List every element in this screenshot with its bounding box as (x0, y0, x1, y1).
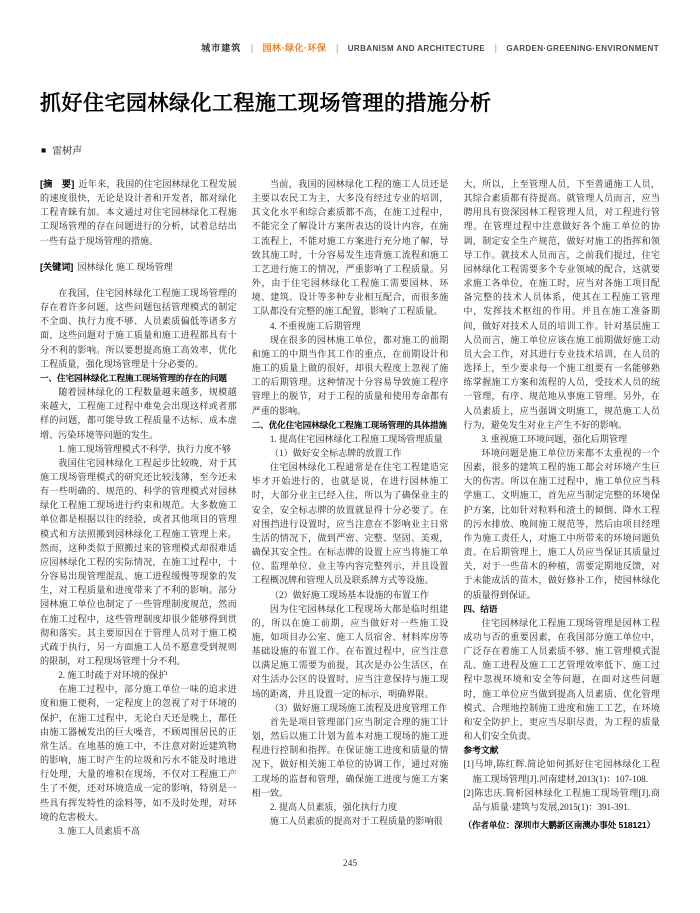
reference-item: [2]陈忠庆.简析园林绿化工程施工现场管理[J].商品与质量·建筑与发展,201… (463, 786, 660, 814)
column-1: [摘 要]近年来，我国的住宅园林绿化工程发展的速度很快，无论是设计者和开发者，都… (40, 177, 237, 857)
section-heading: 四、结语 (463, 602, 660, 616)
column-3: 大，所以，上至管理人员，下至普通施工人员，其综合素质都有待提高。就管理人员而言，… (463, 177, 660, 857)
page-footer: 245 (0, 859, 700, 869)
spacer (40, 248, 237, 260)
labeled-paragraph: [关键词]园林绿化 施工 现场管理 (40, 260, 237, 274)
paragraph: 因为住宅园林绿化工程现场大都是临时组建的，所以在施工前期，应当做好对一些施工设施… (252, 602, 449, 701)
paragraph: 住宅园林绿化工程通常是在住宅工程建造完毕才开始进行的，也就是说，在进行园林施工时… (252, 460, 449, 587)
references-heading: 参考文献 (463, 743, 660, 757)
journal-section-cn: 园林·绿化·环保 (263, 43, 327, 53)
sub-heading: 2. 提高人员素质，强化执行力度 (252, 800, 449, 814)
paragraph: 住宅园林绿化工程施工现场管理是园林工程成功与否的重要因素，在我国部分施工单位中，… (463, 616, 660, 743)
paragraph: 首先是项目管理部门应当制定合理的施工计划，然后以施工计划为蓝本对施工现场的施工进… (252, 715, 449, 800)
masthead-separator: | (495, 43, 497, 53)
paragraph: 随着园林绿化的工程数量越来越多，规模越来越大，工程施工过程中难免会出现这样或者那… (40, 385, 237, 442)
sub-heading: （1）做好安全标志牌的放置工作 (252, 446, 449, 460)
sub-heading: 3. 施工人员素质不高 (40, 824, 237, 838)
paragraph: 环境问题是施工单位历来都不太重视的一个因素，很多的建筑工程的施工都会对环境产生巨… (463, 446, 660, 602)
field-text: 园林绿化 施工 现场管理 (77, 262, 173, 272)
sub-heading: （3）做好施工现场施工流程及进度管理工作 (252, 701, 449, 715)
sub-heading: 3. 重视施工环境问题，强化后期管理 (463, 432, 660, 446)
paragraph: 在施工过程中，部分施工单位一味的追求进度和施工便利，一定程度上的忽视了对于环境的… (40, 682, 237, 824)
journal-page: 城市建筑 | 园林·绿化·环保 | URBANISM AND ARCHITECT… (0, 0, 700, 913)
sub-heading: 1. 施工现场管理模式不科学，执行力度不够 (40, 442, 237, 456)
article-body: [摘 要]近年来，我国的住宅园林绿化工程发展的速度很快，无论是设计者和开发者，都… (40, 177, 660, 857)
masthead-separator: | (336, 43, 338, 53)
section-heading: 一、住宅园林绿化工程施工现场管理的存在的问题 (40, 371, 237, 385)
paragraph: 我国住宅园林绿化工程起步比较晚，对于其施工现场管理模式的研究还比较浅薄，至今还未… (40, 456, 237, 668)
sub-heading: （2）做好施工现场基本设施的布置工作 (252, 588, 449, 602)
paragraph: 在我国，住宅园林绿化工程施工现场管理的存在着许多问题，这些问题包括管理模式的制定… (40, 286, 237, 371)
paragraph: 当前，我国的园林绿化工程的施工人员还是主要以农民工为主，大多没有经过专业的培训，… (252, 177, 449, 319)
article-title: 抓好住宅园林绿化工程施工现场管理的措施分析 (40, 88, 660, 120)
author-name: 雷树声 (52, 146, 82, 157)
journal-name-en: URBANISM AND ARCHITECTURE (348, 44, 485, 53)
reference-item: [1]马坤,陈红辉.简论如何抓好住宅园林绿化工程施工现场管理[J].河南建材,2… (463, 757, 660, 785)
author-marker-icon: ■ (41, 145, 46, 155)
journal-section-en: GARDEN·GREENING·ENVIRONMENT (506, 44, 659, 53)
continued-paragraph: 大，所以，上至管理人员，下至普通施工人员，其综合素质都有待提高。就管理人员而言，… (463, 177, 660, 432)
section-heading: 二、优化住宅园林绿化工程施工现场管理的具体措施 (252, 418, 449, 432)
page-number: 245 (343, 859, 357, 869)
sub-heading: 2. 施工时疏于对环境的保护 (40, 668, 237, 682)
paragraph: 现在很多的园林施工单位，都对施工的前期和施工的中期当作其工作的重点，在前期设计和… (252, 333, 449, 418)
sub-heading: 4. 不重视施工后期管理 (252, 319, 449, 333)
field-label: [摘 要] (40, 179, 74, 189)
journal-name-cn: 城市建筑 (201, 43, 241, 53)
column-2: 当前，我国的园林绿化工程的施工人员还是主要以农民工为主，大多没有经过专业的培训，… (252, 177, 449, 857)
author-line: ■雷树声 (41, 142, 82, 157)
spacer (40, 274, 237, 286)
sub-heading: 1. 提高住宅园林绿化工程施工现场管理质量 (252, 432, 449, 446)
masthead-separator: | (251, 43, 253, 53)
field-label: [关键词] (40, 262, 73, 272)
labeled-paragraph: [摘 要]近年来，我国的住宅园林绿化工程发展的速度很快，无论是设计者和开发者，都… (40, 177, 237, 248)
journal-masthead: 城市建筑 | 园林·绿化·环保 | URBANISM AND ARCHITECT… (201, 38, 659, 56)
paragraph: 施工人员素质的提高对于工程质量的影响很 (252, 814, 449, 828)
author-affiliation: （作者单位：深圳市大鹏新区南澳办事处 518121） (463, 818, 660, 832)
